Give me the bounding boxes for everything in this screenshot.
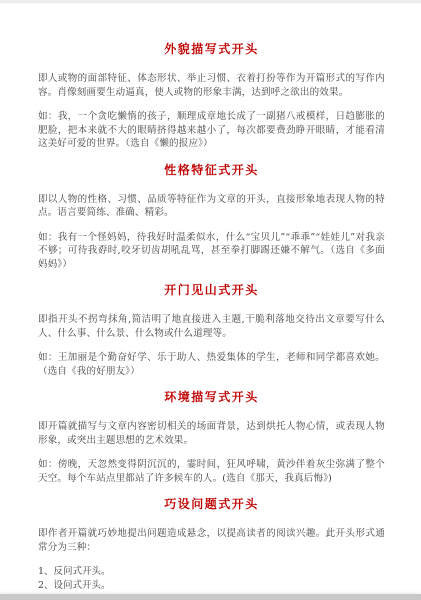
page-bottom-edge [0, 594, 421, 600]
section-straight-to-point-opening: 开门见山式开头 即指开头不拐弯抹角,简洁明了地直接进入主题,干脆利落地交待出文章… [38, 282, 385, 378]
section-heading: 环境描写式开头 [38, 389, 385, 405]
section-heading: 性格特征式开头 [38, 162, 385, 178]
section-example-paragraph: 如：我，一个贪吃懒惰的孩子，顺理成章地长成了一副猪八戒模样，日趋膨胀的肥脸，把本… [38, 110, 385, 151]
section-example-paragraph: 如：傍晚，天忽然变得阴沉沉的，霎时间，狂风呼啸，黄沙伴着灰尘弥满了整个天空。每个… [38, 458, 385, 485]
section-example-paragraph: 如：我有一个怪妈妈，待我好时温柔似水，什么“宝贝儿”“乖乖”“娃娃儿”对我亲不够… [38, 231, 385, 272]
section-paragraph: 即作者开篇就巧妙地提出问题造成悬念，以提高读者的阅读兴趣。此开头形式通常分为三种… [38, 527, 385, 554]
section-paragraph: 即以人物的性格、习惯、品质等特征作为文章的开头，直接形象地表现人物的特点。语言要… [38, 193, 385, 220]
section-paragraph: 即人或物的面部特征、体态形状、举止习惯、衣着打扮等作为开篇形式的写作内容。肖像刻… [38, 72, 385, 99]
section-paragraph: 即开篇就描写与文章内容密切相关的场面背景，达到烘托人物心情，或表现人物形象，或突… [38, 420, 385, 447]
section-appearance-opening: 外貌描写式开头 即人或物的面部特征、体态形状、举止习惯、衣着打扮等作为开篇形式的… [38, 41, 385, 151]
section-question-opening: 巧设问题式开头 即作者开篇就巧妙地提出问题造成悬念，以提高读者的阅读兴趣。此开头… [38, 496, 385, 593]
section-example-paragraph: 如：王加丽是个勤奋好学、乐于助人、热爱集体的学生，老师和同学都喜欢她。（选自《我… [38, 351, 385, 378]
section-paragraph: 即指开头不拐弯抹角,简洁明了地直接进入主题,干脆利落地交待出文章要写什么人、什么… [38, 313, 385, 340]
section-heading: 巧设问题式开头 [38, 496, 385, 512]
list-item: 1、反问式开头。 [38, 565, 385, 579]
section-heading: 开门见山式开头 [38, 282, 385, 298]
section-environment-opening: 环境描写式开头 即开篇就描写与文章内容密切相关的场面背景，达到烘托人物心情，或表… [38, 389, 385, 485]
document-page: 外貌描写式开头 即人或物的面部特征、体态形状、举止习惯、衣着打扮等作为开篇形式的… [0, 0, 421, 600]
opening-types-list: 1、反问式开头。 2、设问式开头。 [38, 565, 385, 593]
page-top-edge [0, 0, 421, 4]
document-content: 外貌描写式开头 即人或物的面部特征、体态形状、举止习惯、衣着打扮等作为开篇形式的… [0, 0, 421, 593]
section-personality-opening: 性格特征式开头 即以人物的性格、习惯、品质等特征作为文章的开头，直接形象地表现人… [38, 162, 385, 272]
list-item: 2、设问式开头。 [38, 579, 385, 593]
section-heading: 外貌描写式开头 [38, 41, 385, 57]
